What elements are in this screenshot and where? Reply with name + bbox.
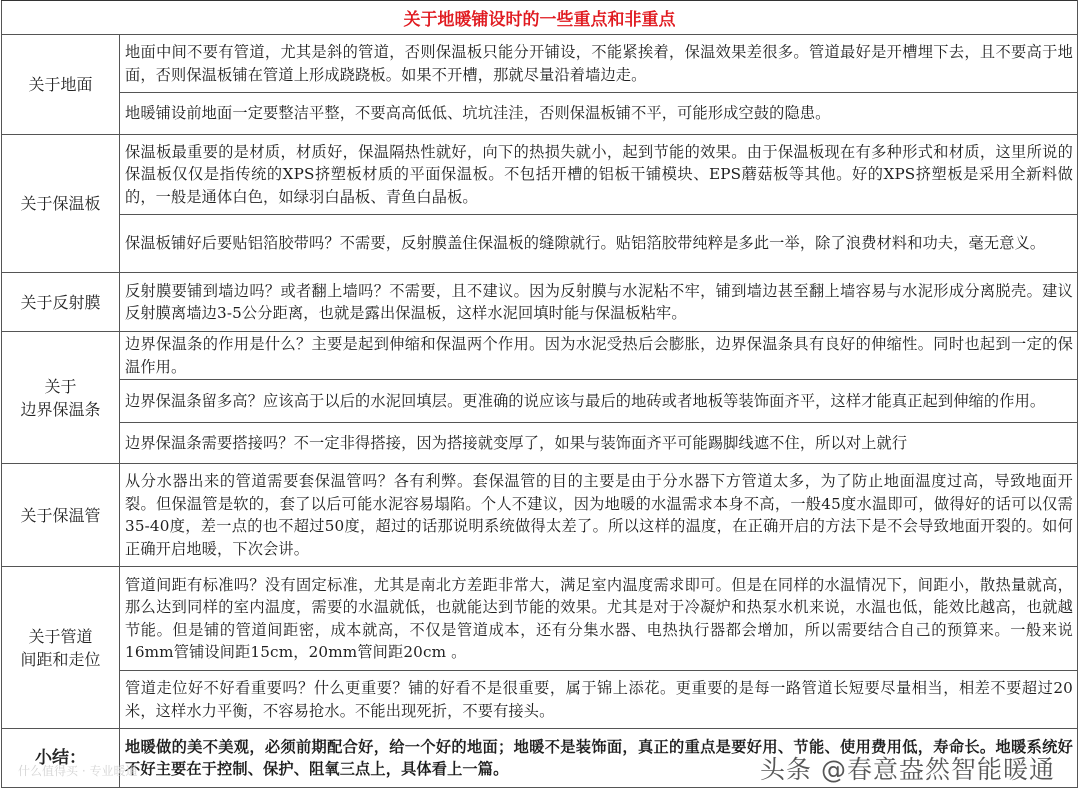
table-row: 边界保温条需要搭接吗？不一定非得搭接，因为搭接就变厚了，如果与装饰面齐平可能踢脚… xyxy=(2,423,1078,464)
category-edge-strip: 关于 边界保温条 xyxy=(2,332,120,464)
table-title: 关于地暖铺设时的一些重点和非重点 xyxy=(2,1,1078,35)
floor-heating-table: 关于地暖铺设时的一些重点和非重点 关于地面 地面中间不要有管道，尤其是斜的管道，… xyxy=(1,0,1078,788)
table-row: 关于保温板 保温板最重要的是材质，材质好，保温隔热性就好，向下的热损失就小，起到… xyxy=(2,135,1078,215)
content-cell: 边界保温条的作用是什么？主要是起到伸缩和保温两个作用。因为水泥受热后会膨胀，边界… xyxy=(120,332,1078,380)
category-reflective-film: 关于反射膜 xyxy=(2,273,120,332)
content-cell: 反射膜要铺到墙边吗？或者翻上墙吗？不需要，且不建议。因为反射膜与水泥粘不牢，铺到… xyxy=(120,273,1078,332)
table-row: 边界保温条留多高？应该高于以后的水泥回填层。更准确的说应该与最后的地砖或者地板等… xyxy=(2,380,1078,423)
table-row: 管道走位好不好看重要吗？什么更重要？铺的好看不是很重要，属于锦上添花。更重要的是… xyxy=(2,671,1078,729)
content-cell: 保温板最重要的是材质，材质好，保温隔热性就好，向下的热损失就小，起到节能的效果。… xyxy=(120,135,1078,215)
table-row: 关于管道 间距和走位 管道间距有标准吗？没有固定标准，尤其是南北方差距非常大，满… xyxy=(2,567,1078,671)
content-cell: 边界保温条需要搭接吗？不一定非得搭接，因为搭接就变厚了，如果与装饰面齐平可能踢脚… xyxy=(120,423,1078,464)
table-row: 关于地面 地面中间不要有管道，尤其是斜的管道，否则保温板只能分开铺设，不能紧挨着… xyxy=(2,35,1078,93)
category-line-2: 边界保温条 xyxy=(2,398,119,421)
table-row: 保温板铺好后要贴铝箔胶带吗？不需要，反射膜盖住保温板的缝隙就行。贴铝箔胶带纯粹是… xyxy=(2,215,1078,273)
content-cell: 保温板铺好后要贴铝箔胶带吗？不需要，反射膜盖住保温板的缝隙就行。贴铝箔胶带纯粹是… xyxy=(120,215,1078,273)
content-cell: 管道走位好不好看重要吗？什么更重要？铺的好看不是很重要，属于锦上添花。更重要的是… xyxy=(120,671,1078,729)
category-pipe-spacing: 关于管道 间距和走位 xyxy=(2,567,120,729)
category-insulation-pipe: 关于保温管 xyxy=(2,464,120,567)
title-row: 关于地暖铺设时的一些重点和非重点 xyxy=(2,1,1078,35)
category-line-1: 关于 xyxy=(2,375,119,398)
category-line-2: 间距和走位 xyxy=(2,648,119,671)
category-insulation-board: 关于保温板 xyxy=(2,135,120,273)
table-row: 关于保温管 从分水器出来的管道需要套保温管吗？各有利弊。套保温管的目的主要是由于… xyxy=(2,464,1078,567)
content-cell: 地暖铺设前地面一定要整洁平整，不要高高低低、坑坑洼洼，否则保温板铺不平，可能形成… xyxy=(120,93,1078,135)
content-cell: 管道间距有标准吗？没有固定标准，尤其是南北方差距非常大，满足室内温度需求即可。但… xyxy=(120,567,1078,671)
document-sheet: 关于地暖铺设时的一些重点和非重点 关于地面 地面中间不要有管道，尤其是斜的管道，… xyxy=(0,0,1080,800)
content-cell: 从分水器出来的管道需要套保温管吗？各有利弊。套保温管的目的主要是由于分水器下方管… xyxy=(120,464,1078,567)
category-floor: 关于地面 xyxy=(2,35,120,135)
content-cell: 边界保温条留多高？应该高于以后的水泥回填层。更准确的说应该与最后的地砖或者地板等… xyxy=(120,380,1078,423)
watermark-left: 什么值得买 · 专业暖通 xyxy=(18,762,137,779)
category-line-1: 关于管道 xyxy=(2,625,119,648)
content-cell: 地面中间不要有管道，尤其是斜的管道，否则保温板只能分开铺设，不能紧挨着，保温效果… xyxy=(120,35,1078,93)
watermark-right: 头条 @春意盎然智能暖通 xyxy=(760,750,1055,786)
table-row: 地暖铺设前地面一定要整洁平整，不要高高低低、坑坑洼洼，否则保温板铺不平，可能形成… xyxy=(2,93,1078,135)
table-row: 关于 边界保温条 边界保温条的作用是什么？主要是起到伸缩和保温两个作用。因为水泥… xyxy=(2,332,1078,380)
table-row: 关于反射膜 反射膜要铺到墙边吗？或者翻上墙吗？不需要，且不建议。因为反射膜与水泥… xyxy=(2,273,1078,332)
